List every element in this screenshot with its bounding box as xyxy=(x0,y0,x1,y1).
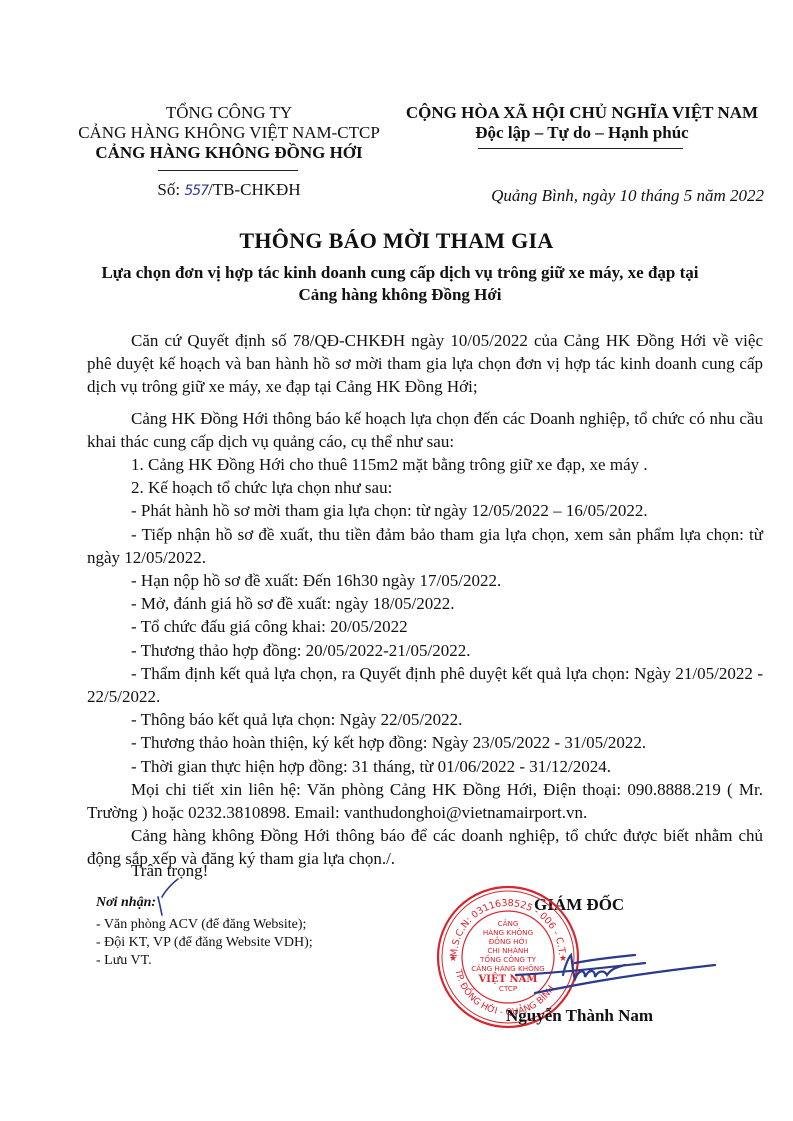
recipients-block: Nơi nhận: - Văn phòng ACV (để đăng Websi… xyxy=(96,894,396,970)
recipients-heading: Nơi nhận: xyxy=(96,894,396,912)
document-body: Căn cứ Quyết định số 78/QĐ-CHKĐH ngày 10… xyxy=(87,329,763,871)
recipient-item: - Lưu VT. xyxy=(96,952,396,970)
national-motto: Độc lập – Tự do – Hạnh phúc xyxy=(392,123,772,143)
svg-text:CẢNG: CẢNG xyxy=(498,919,519,928)
issuer-name: CẢNG HÀNG KHÔNG ĐỒNG HỚI xyxy=(64,143,394,163)
schedule-item: - Thương thảo hợp đồng: 20/05/2022-21/05… xyxy=(87,639,763,662)
schedule-item: - Phát hành hồ sơ mời tham gia lựa chọn:… xyxy=(87,499,763,522)
issuer-corporation: CẢNG HÀNG KHÔNG VIỆT NAM-CTCP xyxy=(64,123,394,143)
signer-name: Nguyễn Thành Nam xyxy=(506,1006,653,1026)
document-number-prefix: Số: xyxy=(157,180,184,199)
svg-text:★: ★ xyxy=(449,953,457,963)
paragraph-announcement: Cảng HK Đồng Hới thông báo kế hoạch lựa … xyxy=(87,407,763,453)
document-number-suffix: /TB-CHKĐH xyxy=(208,180,301,199)
handwritten-signature-icon xyxy=(515,945,725,995)
document-title: THÔNG BÁO MỜI THAM GIA xyxy=(0,228,793,254)
list-item-1: 1. Cảng HK Đồng Hới cho thuê 115m2 mặt b… xyxy=(87,453,763,476)
schedule-item: - Hạn nộp hồ sơ đề xuất: Đến 16h30 ngày … xyxy=(87,569,763,592)
recipient-item: - Văn phòng ACV (để đăng Website); xyxy=(96,916,396,934)
schedule-item: - Thời gian thực hiện hợp đồng: 31 tháng… xyxy=(87,755,763,778)
schedule-item: - Tiếp nhận hồ sơ đề xuất, thu tiền đảm … xyxy=(87,523,763,569)
schedule-item: - Thông báo kết quả lựa chọn: Ngày 22/05… xyxy=(87,708,763,731)
document-subtitle: Lựa chọn đơn vị hợp tác kinh doanh cung … xyxy=(90,262,710,306)
place-date: Quảng Bình, ngày 10 tháng 5 năm 2022 xyxy=(392,186,764,206)
document-number-handwritten: 557 xyxy=(184,183,208,199)
issuer-parent-company: TỔNG CÔNG TY xyxy=(64,103,394,123)
motto-underline xyxy=(478,148,683,149)
schedule-item: - Mở, đánh giá hồ sơ đề xuất: ngày 18/05… xyxy=(87,592,763,615)
schedule-item: - Tổ chức đấu giá công khai: 20/05/2022 xyxy=(87,615,763,638)
paragraph-contact: Mọi chi tiết xin liên hệ: Văn phòng Cảng… xyxy=(87,778,763,824)
schedule-item: - Thương thảo hoàn thiện, ký kết hợp đồn… xyxy=(87,731,763,754)
schedule-item: - Thẩm định kết quả lựa chọn, ra Quyết đ… xyxy=(87,662,763,708)
svg-text:HÀNG KHÔNG: HÀNG KHÔNG xyxy=(483,928,533,937)
list-item-2: 2. Kế hoạch tổ chức lựa chọn như sau: xyxy=(87,476,763,499)
document-number: Số: 557/TB-CHKĐH xyxy=(64,180,394,200)
issuer-header: TỔNG CÔNG TY CẢNG HÀNG KHÔNG VIỆT NAM-CT… xyxy=(64,103,394,163)
paragraph-basis: Căn cứ Quyết định số 78/QĐ-CHKĐH ngày 10… xyxy=(87,329,763,399)
recipient-item: - Đội KT, VP (để đăng Website VDH); xyxy=(96,934,396,952)
issuer-underline xyxy=(158,170,298,171)
national-header: CỘNG HÒA XÃ HỘI CHỦ NGHĨA VIỆT NAM Độc l… xyxy=(392,103,772,143)
national-title: CỘNG HÒA XÃ HỘI CHỦ NGHĨA VIỆT NAM xyxy=(392,103,772,123)
